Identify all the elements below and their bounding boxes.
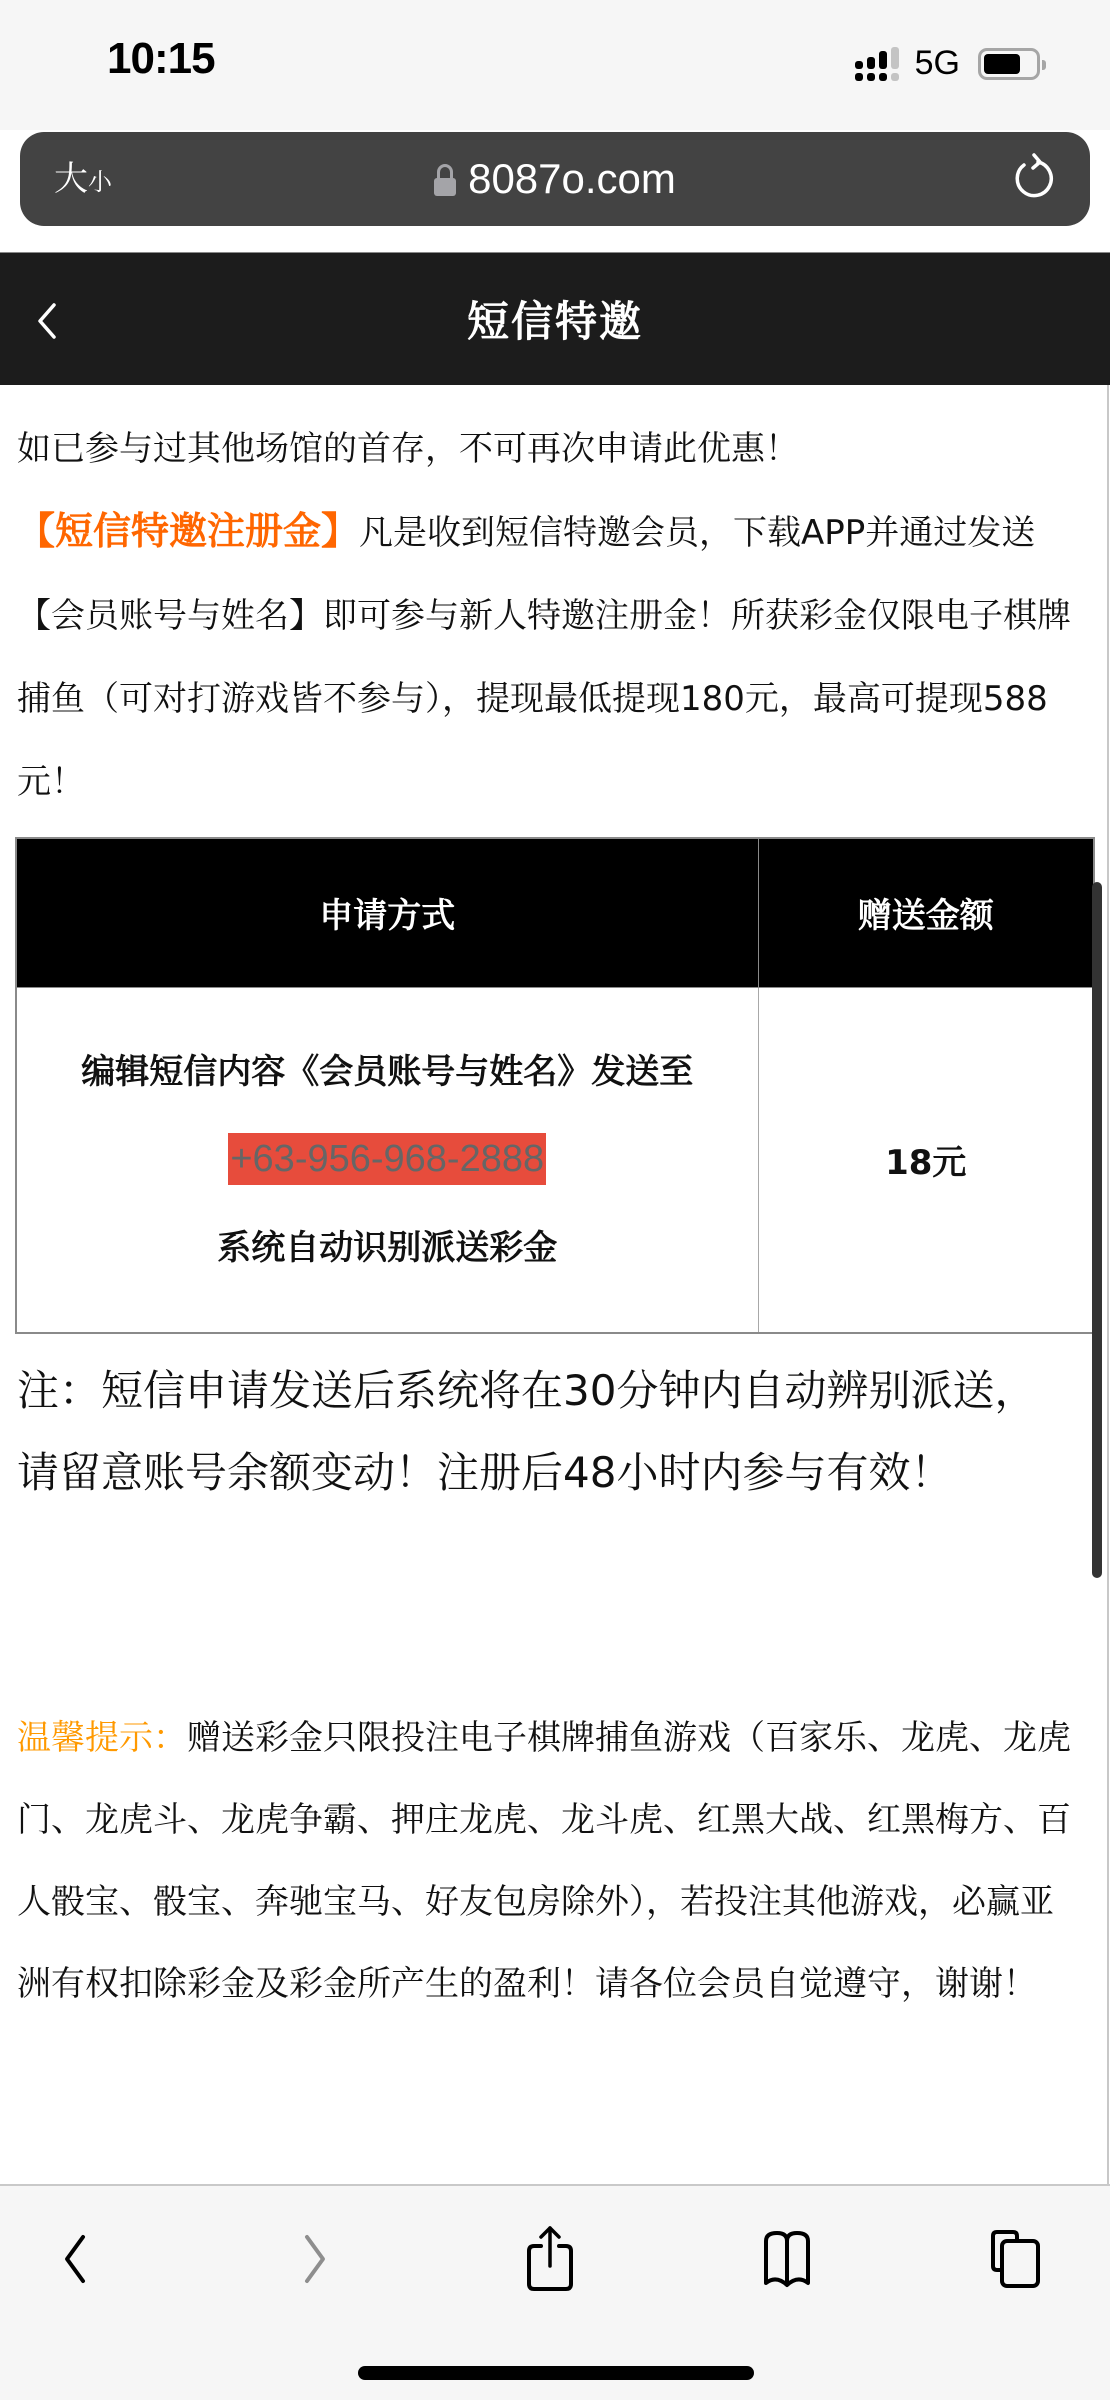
method-cell: 编辑短信内容《会员账号与姓名》发送至 +63-956-968-2888 系统自动…	[16, 987, 758, 1333]
network-type: 5G	[915, 44, 960, 83]
tabs-button[interactable]	[985, 2224, 1055, 2294]
status-indicators: 5G	[855, 44, 1040, 83]
reload-icon[interactable]	[1008, 152, 1060, 204]
page-title: 短信特邀	[0, 289, 1110, 349]
home-indicator[interactable]	[358, 2366, 754, 2380]
promo-text: 凡是收到短信特邀会员，下载APP并通过发送【会员账号与姓名】即可参与新人特邀注册…	[17, 513, 1071, 802]
battery-icon	[978, 48, 1040, 80]
phone-line: +63-956-968-2888	[17, 1116, 758, 1204]
app-header: 短信特邀	[0, 252, 1110, 385]
share-button[interactable]	[515, 2224, 585, 2294]
tips-paragraph: 温馨提示：赠送彩金只限投注电子棋牌捕鱼游戏（百家乐、龙虎、龙虎门、龙虎斗、龙虎争…	[17, 1697, 1087, 2025]
page-edge-divider	[1107, 385, 1109, 2185]
offer-table: 申请方式 赠送金额 编辑短信内容《会员账号与姓名》发送至 +63-956-968…	[15, 837, 1095, 1334]
notice-text: 如已参与过其他场馆的首存，不可再次申请此优惠！	[17, 408, 799, 490]
bookmarks-button[interactable]	[752, 2224, 822, 2294]
note-text: 注：短信申请发送后系统将在30分钟内自动辨别派送，请留意账号余额变动！注册后48…	[17, 1350, 1077, 1514]
tips-text: 赠送彩金只限投注电子棋牌捕鱼游戏（百家乐、龙虎、龙虎门、龙虎斗、龙虎争霸、押庄龙…	[17, 1718, 1071, 2004]
address-bar[interactable]: 大小 8087o.com	[20, 132, 1090, 226]
signal-icon	[855, 47, 901, 81]
back-icon	[55, 2229, 95, 2289]
bookmarks-icon	[752, 2229, 822, 2289]
table-header-method: 申请方式	[16, 838, 758, 987]
table-header-amount: 赠送金额	[758, 838, 1094, 987]
table-row: 编辑短信内容《会员账号与姓名》发送至 +63-956-968-2888 系统自动…	[16, 987, 1094, 1333]
status-time: 10:15	[107, 34, 215, 84]
method-note: 系统自动识别派送彩金	[17, 1204, 758, 1292]
method-instruction: 编辑短信内容《会员账号与姓名》发送至	[17, 1028, 758, 1116]
url-display[interactable]: 8087o.com	[20, 154, 1090, 204]
status-bar: 10:15 5G	[0, 0, 1110, 130]
forward-icon	[295, 2229, 335, 2289]
forward-button[interactable]	[280, 2224, 350, 2294]
phone-number[interactable]: +63-956-968-2888	[228, 1133, 546, 1185]
back-button[interactable]	[40, 2224, 110, 2294]
lock-icon	[434, 164, 456, 198]
table-header-row: 申请方式 赠送金额	[16, 838, 1094, 987]
promo-paragraph: 【短信特邀注册金】凡是收到短信特邀会员，下载APP并通过发送【会员账号与姓名】即…	[17, 490, 1097, 824]
promo-title: 【短信特邀注册金】	[17, 509, 359, 553]
url-text: 8087o.com	[468, 154, 676, 204]
amount-cell: 18元	[758, 987, 1094, 1333]
tips-label: 温馨提示：	[17, 1718, 187, 1758]
share-icon	[520, 2224, 580, 2294]
tabs-icon	[985, 2224, 1055, 2294]
scrollbar[interactable]	[1092, 882, 1102, 1578]
